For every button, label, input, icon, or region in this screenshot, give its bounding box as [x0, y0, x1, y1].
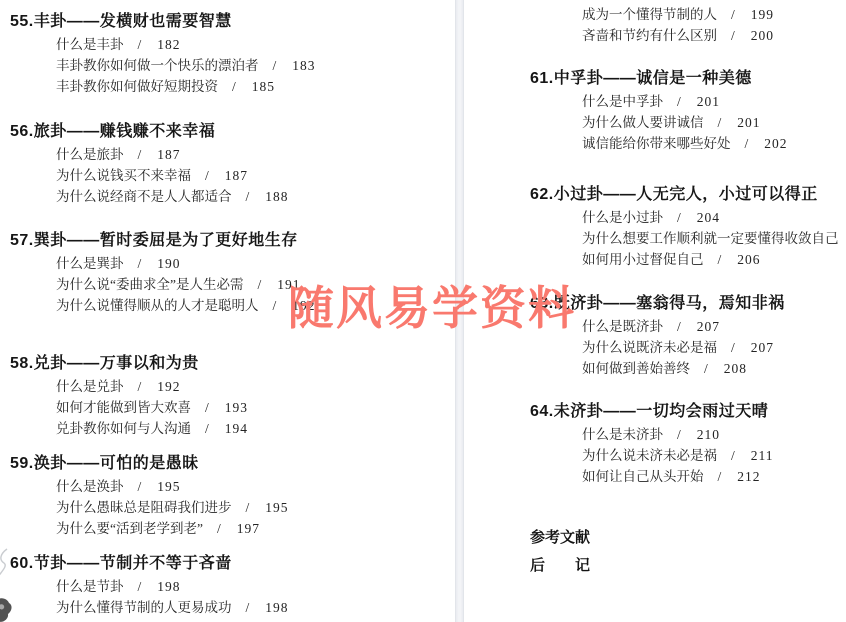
toc-item: 什么是丰卦/182 — [10, 34, 455, 55]
item-slash: / — [704, 358, 708, 379]
item-label: 成为一个懂得节制的人 — [582, 7, 717, 22]
item-slash: / — [138, 376, 142, 397]
item-page: 199 — [751, 7, 774, 22]
toc-section: 63.既济卦——塞翁得马，焉知非祸 什么是既济卦/207 为什么说既济未必是福/… — [464, 292, 846, 379]
item-slash: / — [232, 76, 236, 97]
item-label: 为什么要“活到老学到老” — [56, 521, 203, 536]
item-page: 191 — [277, 277, 300, 292]
item-slash: / — [677, 424, 681, 445]
item-page: 188 — [265, 189, 288, 204]
item-page: 198 — [265, 600, 288, 615]
item-page: 204 — [697, 210, 720, 225]
section-heading: 56.旅卦——赚钱赚不来幸福 — [10, 120, 455, 144]
item-label: 什么是节卦 — [56, 579, 124, 594]
item-slash: / — [246, 186, 250, 207]
item-page: 190 — [157, 256, 180, 271]
item-slash: / — [138, 144, 142, 165]
section-heading: 55.丰卦——发横财也需要智慧 — [10, 10, 455, 34]
toc-item: 如何用小过督促自己/206 — [464, 249, 846, 270]
item-slash: / — [138, 576, 142, 597]
item-label: 什么是未济卦 — [582, 427, 663, 442]
toc-item: 什么是节卦/198 — [10, 576, 455, 597]
item-page: 187 — [157, 147, 180, 162]
item-slash: / — [677, 316, 681, 337]
item-label: 为什么说懂得顺从的人才是聪明人 — [56, 298, 259, 313]
toc-item: 如何才能做到皆大欢喜/193 — [10, 397, 455, 418]
item-slash: / — [273, 55, 277, 76]
item-slash: / — [731, 25, 735, 46]
item-page: 201 — [737, 115, 760, 130]
item-slash: / — [718, 466, 722, 487]
toc-item: 如何做到善始善终/208 — [464, 358, 846, 379]
section-heading: 58.兑卦——万事以和为贵 — [10, 352, 455, 376]
item-slash: / — [205, 397, 209, 418]
toc-item: 吝啬和节约有什么区别/200 — [464, 25, 846, 46]
toc-item: 为什么说钱买不来幸福/187 — [10, 165, 455, 186]
item-slash: / — [246, 497, 250, 518]
item-label: 诚信能给你带来哪些好处 — [582, 136, 731, 151]
section-heading: 57.巽卦——暂时委屈是为了更好地生存 — [10, 229, 455, 253]
toc-section: 58.兑卦——万事以和为贵 什么是兑卦/192 如何才能做到皆大欢喜/193 兑… — [10, 352, 455, 439]
item-label: 什么是中孚卦 — [582, 94, 663, 109]
item-slash: / — [718, 112, 722, 133]
item-label: 什么是兑卦 — [56, 379, 124, 394]
item-label: 为什么说钱买不来幸福 — [56, 168, 191, 183]
item-slash: / — [257, 274, 261, 295]
item-label: 吝啬和节约有什么区别 — [582, 28, 717, 43]
toc-item: 什么是涣卦/195 — [10, 476, 455, 497]
section-heading: 60.节卦——节制并不等于吝啬 — [10, 552, 455, 576]
section-items: 什么是涣卦/195 为什么愚昧总是阻碍我们进步/195 为什么要“活到老学到老”… — [10, 476, 455, 539]
item-label: 如何用小过督促自己 — [582, 252, 704, 267]
page-left: 55.丰卦——发横财也需要智慧 什么是丰卦/182 丰卦教你如何做一个快乐的漂泊… — [0, 0, 455, 622]
page-divider — [455, 0, 464, 622]
item-page: 207 — [751, 340, 774, 355]
toc-item: 什么是既济卦/207 — [464, 316, 846, 337]
item-slash: / — [138, 34, 142, 55]
item-page: 206 — [737, 252, 760, 267]
back-matter-entry: 参考文献 — [464, 526, 846, 550]
item-label: 丰卦教你如何做一个快乐的漂泊者 — [56, 58, 259, 73]
item-label: 兑卦教你如何与人沟通 — [56, 421, 191, 436]
toc-item: 什么是旅卦/187 — [10, 144, 455, 165]
toc-section: 61.中孚卦——诚信是一种美德 什么是中孚卦/201 为什么做人要讲诚信/201… — [464, 67, 846, 154]
section-items: 什么是小过卦/204 为什么想要工作顺利就一定要懂得收敛自己 如何用小过督促自己… — [464, 207, 846, 270]
section-heading: 64.未济卦——一切均会雨过天晴 — [464, 400, 846, 424]
toc-item: 如何让自己从头开始/212 — [464, 466, 846, 487]
item-slash: / — [718, 249, 722, 270]
item-page: 194 — [225, 421, 248, 436]
toc-item: 成为一个懂得节制的人/199 — [464, 4, 846, 25]
item-page: 202 — [764, 136, 787, 151]
item-page: 198 — [157, 579, 180, 594]
section-heading: 63.既济卦——塞翁得马，焉知非祸 — [464, 292, 846, 316]
item-label: 什么是涣卦 — [56, 479, 124, 494]
toc-section: 60.节卦——节制并不等于吝啬 什么是节卦/198 为什么懂得节制的人更易成功/… — [10, 552, 455, 618]
item-label: 如何让自己从头开始 — [582, 469, 704, 484]
item-label: 如何做到善始善终 — [582, 361, 690, 376]
section-items: 什么是兑卦/192 如何才能做到皆大欢喜/193 兑卦教你如何与人沟通/194 — [10, 376, 455, 439]
item-page: 195 — [157, 479, 180, 494]
item-slash: / — [205, 418, 209, 439]
item-slash: / — [138, 253, 142, 274]
ink-stroke-artifact — [0, 548, 11, 578]
toc-item: 什么是未济卦/210 — [464, 424, 846, 445]
item-page: 201 — [697, 94, 720, 109]
section-heading: 59.涣卦——可怕的是愚昧 — [10, 452, 455, 476]
item-label: 如何才能做到皆大欢喜 — [56, 400, 191, 415]
item-page: 187 — [225, 168, 248, 183]
item-label: 为什么愚昧总是阻碍我们进步 — [56, 500, 232, 515]
item-label: 为什么说“委曲求全”是人生必需 — [56, 277, 243, 292]
item-slash: / — [731, 337, 735, 358]
item-label: 什么是小过卦 — [582, 210, 663, 225]
toc-item: 诚信能给你带来哪些好处/202 — [464, 133, 846, 154]
toc-item: 兑卦教你如何与人沟通/194 — [10, 418, 455, 439]
item-page: 193 — [225, 400, 248, 415]
toc-item: 丰卦教你如何做一个快乐的漂泊者/183 — [10, 55, 455, 76]
item-page: 197 — [237, 521, 260, 536]
item-page: 211 — [751, 448, 774, 463]
toc-item: 为什么懂得节制的人更易成功/198 — [10, 597, 455, 618]
toc-item: 丰卦教你如何做好短期投资/185 — [10, 76, 455, 97]
item-page: 207 — [697, 319, 720, 334]
toc-item: 什么是中孚卦/201 — [464, 91, 846, 112]
toc-section: 55.丰卦——发横财也需要智慧 什么是丰卦/182 丰卦教你如何做一个快乐的漂泊… — [10, 10, 455, 97]
item-slash: / — [677, 91, 681, 112]
toc-item: 为什么说懂得顺从的人才是聪明人/192 — [10, 295, 455, 316]
item-label: 为什么懂得节制的人更易成功 — [56, 600, 232, 615]
item-page: 200 — [751, 28, 774, 43]
item-page: 208 — [724, 361, 747, 376]
toc-item: 为什么说既济未必是福/207 — [464, 337, 846, 358]
scanned-toc-viewer: 55.丰卦——发横财也需要智慧 什么是丰卦/182 丰卦教你如何做一个快乐的漂泊… — [0, 0, 846, 622]
section-items: 什么是丰卦/182 丰卦教你如何做一个快乐的漂泊者/183 丰卦教你如何做好短期… — [10, 34, 455, 97]
item-label: 为什么说既济未必是福 — [582, 340, 717, 355]
ink-blob-artifact — [0, 596, 17, 622]
toc-item: 为什么要“活到老学到老”/197 — [10, 518, 455, 539]
section-items: 什么是未济卦/210 为什么说未济未必是祸/211 如何让自己从头开始/212 — [464, 424, 846, 487]
toc-item: 为什么说经商不是人人都适合/188 — [10, 186, 455, 207]
item-page: 185 — [252, 79, 275, 94]
section-items: 什么是中孚卦/201 为什么做人要讲诚信/201 诚信能给你带来哪些好处/202 — [464, 91, 846, 154]
section-items: 什么是节卦/198 为什么懂得节制的人更易成功/198 — [10, 576, 455, 618]
item-page: 210 — [697, 427, 720, 442]
item-label: 什么是既济卦 — [582, 319, 663, 334]
item-label: 为什么说未济未必是祸 — [582, 448, 717, 463]
item-page: 195 — [265, 500, 288, 515]
item-slash: / — [273, 295, 277, 316]
back-matter: 参考文献 后 记 — [464, 526, 846, 578]
item-label: 什么是丰卦 — [56, 37, 124, 52]
toc-item: 什么是兑卦/192 — [10, 376, 455, 397]
toc-section: 56.旅卦——赚钱赚不来幸福 什么是旅卦/187 为什么说钱买不来幸福/187 … — [10, 120, 455, 207]
toc-section: 64.未济卦——一切均会雨过天晴 什么是未济卦/210 为什么说未济未必是祸/2… — [464, 400, 846, 487]
item-slash: / — [205, 165, 209, 186]
section-items: 什么是巽卦/190 为什么说“委曲求全”是人生必需/191 为什么说懂得顺从的人… — [10, 253, 455, 316]
right-continuation-items: 成为一个懂得节制的人/199 吝啬和节约有什么区别/200 — [464, 4, 846, 46]
page-right: 成为一个懂得节制的人/199 吝啬和节约有什么区别/200 61.中孚卦——诚信… — [464, 0, 846, 622]
item-slash: / — [138, 476, 142, 497]
item-label: 为什么做人要讲诚信 — [582, 115, 704, 130]
toc-item: 为什么说未济未必是祸/211 — [464, 445, 846, 466]
item-page: 183 — [292, 58, 315, 73]
toc-item: 为什么说“委曲求全”是人生必需/191 — [10, 274, 455, 295]
back-matter-entry: 后 记 — [464, 554, 846, 578]
item-label: 为什么想要工作顺利就一定要懂得收敛自己 — [582, 231, 839, 246]
item-slash: / — [745, 133, 749, 154]
toc-item: 为什么愚昧总是阻碍我们进步/195 — [10, 497, 455, 518]
section-items: 什么是既济卦/207 为什么说既济未必是福/207 如何做到善始善终/208 — [464, 316, 846, 379]
right-toc-sections: 61.中孚卦——诚信是一种美德 什么是中孚卦/201 为什么做人要讲诚信/201… — [464, 67, 846, 487]
toc-section: 57.巽卦——暂时委屈是为了更好地生存 什么是巽卦/190 为什么说“委曲求全”… — [10, 229, 455, 316]
toc-section: 62.小过卦——人无完人，小过可以得正 什么是小过卦/204 为什么想要工作顺利… — [464, 183, 846, 270]
item-slash: / — [246, 597, 250, 618]
toc-section: 59.涣卦——可怕的是愚昧 什么是涣卦/195 为什么愚昧总是阻碍我们进步/19… — [10, 452, 455, 539]
left-toc-sections: 55.丰卦——发横财也需要智慧 什么是丰卦/182 丰卦教你如何做一个快乐的漂泊… — [10, 10, 455, 618]
item-page: 192 — [157, 379, 180, 394]
toc-item: 什么是小过卦/204 — [464, 207, 846, 228]
item-label: 什么是旅卦 — [56, 147, 124, 162]
item-page: 212 — [737, 469, 760, 484]
toc-item: 什么是巽卦/190 — [10, 253, 455, 274]
item-slash: / — [677, 207, 681, 228]
toc-item: 为什么想要工作顺利就一定要懂得收敛自己 — [464, 228, 846, 249]
item-slash: / — [731, 445, 735, 466]
item-label: 丰卦教你如何做好短期投资 — [56, 79, 218, 94]
item-page: 182 — [157, 37, 180, 52]
item-page: 192 — [292, 298, 315, 313]
section-heading: 62.小过卦——人无完人，小过可以得正 — [464, 183, 846, 207]
toc-item: 为什么做人要讲诚信/201 — [464, 112, 846, 133]
item-slash: / — [731, 4, 735, 25]
item-label: 什么是巽卦 — [56, 256, 124, 271]
section-heading: 61.中孚卦——诚信是一种美德 — [464, 67, 846, 91]
item-label: 为什么说经商不是人人都适合 — [56, 189, 232, 204]
section-items: 什么是旅卦/187 为什么说钱买不来幸福/187 为什么说经商不是人人都适合/1… — [10, 144, 455, 207]
item-slash: / — [217, 518, 221, 539]
